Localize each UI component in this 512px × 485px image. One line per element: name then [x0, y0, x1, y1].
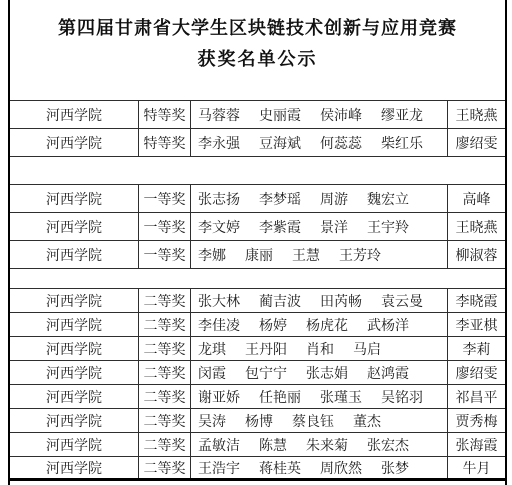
- member-name: 王宇羚: [367, 217, 409, 237]
- school-cell: 河西学院: [10, 185, 139, 212]
- teacher-cell: 贾秀梅: [448, 409, 505, 432]
- table-row: 河西学院二等奖李佳凌杨婷杨虎花武杨洋李亚棋: [10, 313, 505, 337]
- member-name: 侯沛峰: [320, 105, 362, 125]
- member-name: 蔺吉波: [259, 291, 301, 311]
- member-name: 杨博: [245, 411, 273, 431]
- page-frame: 第四届甘肃省大学生区块链技术创新与应用竞赛 获奖名单公示 河西学院特等奖马蓉蓉史…: [8, 0, 507, 485]
- teacher-cell: 柳淑蓉: [448, 241, 505, 268]
- table-row: 河西学院二等奖张大林蔺吉波田芮畅袁云曼李晓霞: [10, 289, 505, 313]
- member-name: 蔡良钰: [292, 411, 334, 431]
- school-cell: 河西学院: [10, 361, 139, 384]
- member-name: 吴涛: [198, 411, 226, 431]
- member-name: 王丹阳: [245, 339, 287, 359]
- member-name: 肖和: [306, 339, 334, 359]
- teacher-cell: 祁昌平: [448, 385, 505, 408]
- member-name: 张大林: [198, 291, 240, 311]
- member-name: 杨婷: [259, 315, 287, 335]
- member-name: 闵霞: [198, 363, 226, 383]
- member-name: 周游: [320, 189, 348, 209]
- member-name: 李永强: [198, 133, 240, 153]
- table-row: 河西学院二等奖吴涛杨博蔡良钰董杰贾秀梅: [10, 409, 505, 433]
- member-name: 龙琪: [198, 339, 226, 359]
- member-name: 孟敏洁: [198, 435, 240, 455]
- member-name: 任艳丽: [259, 387, 301, 407]
- award-cell: 二等奖: [139, 289, 191, 312]
- member-name: 赵鸿霞: [367, 363, 409, 383]
- member-name: 张瑾玉: [320, 387, 362, 407]
- table-row: 河西学院一等奖李文婷李紫霞景洋王宇羚王晓燕: [10, 213, 505, 241]
- table-row: 河西学院特等奖李永强豆海斌何蕊蕊柴红乐廖绍雯: [10, 129, 505, 157]
- member-name: 田芮畅: [320, 291, 362, 311]
- teacher-cell: 廖绍雯: [448, 361, 505, 384]
- member-name: 李紫霞: [259, 217, 301, 237]
- table-row: 河西学院二等奖龙琪王丹阳肖和马启李莉: [10, 337, 505, 361]
- members-cell: 吴涛杨博蔡良钰董杰: [191, 409, 448, 432]
- award-cell: 一等奖: [139, 185, 191, 212]
- member-name: 陈慧: [259, 435, 287, 455]
- members-cell: 孟敏洁陈慧朱来菊张宏杰: [191, 433, 448, 456]
- teacher-cell: 牛月: [448, 457, 505, 478]
- teacher-cell: 高峰: [448, 185, 505, 212]
- teacher-cell: 王晓燕: [448, 213, 505, 240]
- member-name: 王浩宇: [198, 458, 240, 478]
- table-row: 河西学院二等奖谢亚娇任艳丽张瑾玉吴铭羽祁昌平: [10, 385, 505, 409]
- school-cell: 河西学院: [10, 457, 139, 478]
- member-name: 柴红乐: [381, 133, 423, 153]
- teacher-cell: 李亚棋: [448, 313, 505, 336]
- teacher-cell: 李莉: [448, 337, 505, 360]
- award-cell: 二等奖: [139, 433, 191, 456]
- award-cell: 一等奖: [139, 241, 191, 268]
- table-row: 河西学院特等奖马蓉蓉史丽霞侯沛峰缪亚龙王晓燕: [10, 101, 505, 129]
- members-cell: 张大林蔺吉波田芮畅袁云曼: [191, 289, 448, 312]
- member-name: 马蓉蓉: [198, 105, 240, 125]
- table-row: 河西学院二等奖王浩宇蒋桂英周欣然张梦牛月: [10, 457, 505, 481]
- members-cell: 谢亚娇任艳丽张瑾玉吴铭羽: [191, 385, 448, 408]
- member-name: 周欣然: [320, 458, 362, 478]
- award-cell: 特等奖: [139, 101, 191, 128]
- award-cell: 二等奖: [139, 337, 191, 360]
- award-cell: 一等奖: [139, 213, 191, 240]
- award-cell: 二等奖: [139, 385, 191, 408]
- school-cell: 河西学院: [10, 433, 139, 456]
- member-name: 景洋: [320, 217, 348, 237]
- members-cell: 闵霞包宁宁张志娟赵鸿霞: [191, 361, 448, 384]
- table-row: 河西学院一等奖李娜康丽王慧王芳玲柳淑蓉: [10, 241, 505, 269]
- member-name: 武杨洋: [367, 315, 409, 335]
- members-cell: 龙琪王丹阳肖和马启: [191, 337, 448, 360]
- members-cell: 李文婷李紫霞景洋王宇羚: [191, 213, 448, 240]
- member-name: 杨虎花: [306, 315, 348, 335]
- member-name: 张梦: [381, 458, 409, 478]
- member-name: 董杰: [353, 411, 381, 431]
- school-cell: 河西学院: [10, 337, 139, 360]
- school-cell: 河西学院: [10, 101, 139, 128]
- members-cell: 张志扬李梦瑶周游魏宏立: [191, 185, 448, 212]
- member-name: 蒋桂英: [259, 458, 301, 478]
- school-cell: 河西学院: [10, 129, 139, 156]
- teacher-cell: 王晓燕: [448, 101, 505, 128]
- table-row: 河西学院二等奖闵霞包宁宁张志娟赵鸿霞廖绍雯: [10, 361, 505, 385]
- member-name: 李文婷: [198, 217, 240, 237]
- table-row: 河西学院二等奖孟敏洁陈慧朱来菊张宏杰张海霞: [10, 433, 505, 457]
- award-block-special-prize: 河西学院特等奖马蓉蓉史丽霞侯沛峰缪亚龙王晓燕河西学院特等奖李永强豆海斌何蕊蕊柴红…: [10, 100, 505, 157]
- member-name: 马启: [353, 339, 381, 359]
- school-cell: 河西学院: [10, 213, 139, 240]
- award-block-first-prize: 河西学院一等奖张志扬李梦瑶周游魏宏立高峰河西学院一等奖李文婷李紫霞景洋王宇羚王晓…: [10, 184, 505, 269]
- member-name: 张志扬: [198, 189, 240, 209]
- member-name: 谢亚娇: [198, 387, 240, 407]
- school-cell: 河西学院: [10, 409, 139, 432]
- award-cell: 二等奖: [139, 409, 191, 432]
- school-cell: 河西学院: [10, 289, 139, 312]
- member-name: 王芳玲: [339, 245, 381, 265]
- award-cell: 二等奖: [139, 361, 191, 384]
- award-block-second-prize: 河西学院二等奖张大林蔺吉波田芮畅袁云曼李晓霞河西学院二等奖李佳凌杨婷杨虎花武杨洋…: [10, 288, 505, 481]
- member-name: 李娜: [198, 245, 226, 265]
- member-name: 张志娟: [306, 363, 348, 383]
- members-cell: 马蓉蓉史丽霞侯沛峰缪亚龙: [191, 101, 448, 128]
- table-row: 河西学院一等奖张志扬李梦瑶周游魏宏立高峰: [10, 185, 505, 213]
- document-title: 第四届甘肃省大学生区块链技术创新与应用竞赛 获奖名单公示: [10, 13, 505, 76]
- title-line-1: 第四届甘肃省大学生区块链技术创新与应用竞赛: [10, 13, 505, 43]
- member-name: 李梦瑶: [259, 189, 301, 209]
- title-line-2: 获奖名单公示: [10, 43, 505, 76]
- member-name: 史丽霞: [259, 105, 301, 125]
- member-name: 朱来菊: [306, 435, 348, 455]
- member-name: 魏宏立: [367, 189, 409, 209]
- teacher-cell: 廖绍雯: [448, 129, 505, 156]
- member-name: 王慧: [292, 245, 320, 265]
- teacher-cell: 张海霞: [448, 433, 505, 456]
- award-cell: 特等奖: [139, 129, 191, 156]
- member-name: 豆海斌: [259, 133, 301, 153]
- member-name: 康丽: [245, 245, 273, 265]
- school-cell: 河西学院: [10, 313, 139, 336]
- award-cell: 二等奖: [139, 457, 191, 478]
- members-cell: 李永强豆海斌何蕊蕊柴红乐: [191, 129, 448, 156]
- member-name: 何蕊蕊: [320, 133, 362, 153]
- member-name: 包宁宁: [245, 363, 287, 383]
- members-cell: 李娜康丽王慧王芳玲: [191, 241, 448, 268]
- award-cell: 二等奖: [139, 313, 191, 336]
- member-name: 张宏杰: [367, 435, 409, 455]
- members-cell: 王浩宇蒋桂英周欣然张梦: [191, 457, 448, 478]
- member-name: 李佳凌: [198, 315, 240, 335]
- member-name: 吴铭羽: [381, 387, 423, 407]
- member-name: 袁云曼: [381, 291, 423, 311]
- school-cell: 河西学院: [10, 241, 139, 268]
- teacher-cell: 李晓霞: [448, 289, 505, 312]
- school-cell: 河西学院: [10, 385, 139, 408]
- member-name: 缪亚龙: [381, 105, 423, 125]
- members-cell: 李佳凌杨婷杨虎花武杨洋: [191, 313, 448, 336]
